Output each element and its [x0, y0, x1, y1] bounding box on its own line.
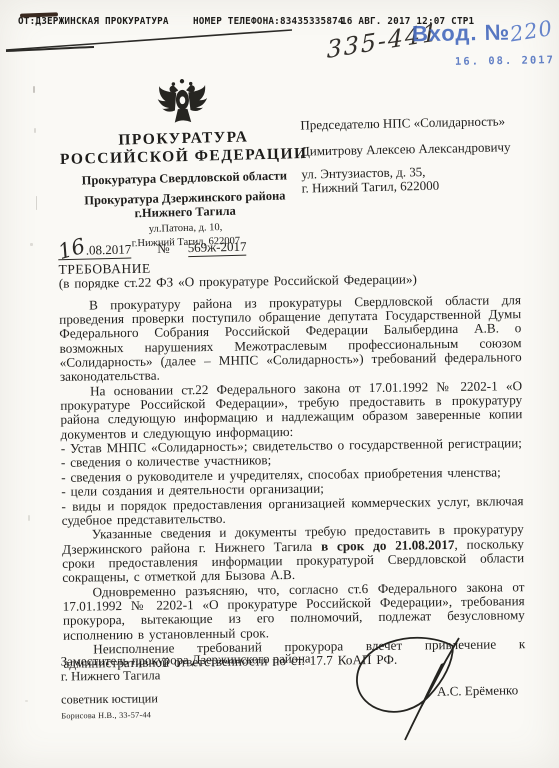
paragraph-4: Одновременно разъясняю, что, согласно ст… — [62, 580, 525, 643]
fax-sender: ОТ:ДЗЕРЖИНСКАЯ ПРОКУРАТУРА — [18, 16, 169, 27]
document-subtitle: (в порядке ст.22 ФЗ «О прокуратуре Росси… — [59, 272, 521, 292]
signer-position-line1: Заместитель прокурора Дзержинского район… — [61, 651, 311, 669]
incoming-stamp: Вход. №220 — [412, 19, 554, 47]
executor-note: Борисова Н.В., 33-57-44 — [61, 706, 311, 724]
signer-position-line2: г. Нижнего Тагила — [61, 666, 311, 684]
double-headed-eagle-emblem-icon — [156, 77, 209, 126]
signer-name: А.С. Ерёменко — [437, 682, 518, 699]
number-sign: № — [157, 241, 170, 256]
signer-rank: советник юстиции — [61, 689, 311, 707]
addressee-city: г. Нижний Тагил, 622000 — [302, 176, 552, 195]
incoming-stamp-number: 220 — [508, 16, 554, 46]
scan-artifact — [33, 86, 35, 93]
scan-artifact — [25, 700, 28, 702]
paragraph-3: Указанные сведения и документы требую пр… — [62, 522, 525, 585]
addressee-block: Председателю НПС «Солидарность» Димитров… — [300, 113, 552, 195]
scan-artifact — [36, 196, 37, 210]
incoming-stamp-label: Вход. № — [412, 20, 511, 47]
handwritten-strike-line — [4, 24, 354, 54]
doc-date: 16.08.2017 — [58, 241, 132, 260]
scanned-document-page: ОТ:ДЗЕРЖИНСКАЯ ПРОКУРАТУРА НОМЕР ТЕЛЕФОН… — [0, 0, 559, 768]
signature-block: Заместитель прокурора Дзержинского район… — [61, 651, 312, 723]
letterhead: ПРОКУРАТУРА РОССИЙСКОЙ ФЕДЕРАЦИИ Прокура… — [53, 75, 315, 252]
paragraph-1: В прокуратуру района из прокуратуры Свер… — [59, 293, 522, 385]
doc-number: 569ж-2017 — [188, 239, 247, 257]
fax-phone-number: НОМЕР ТЕЛЕФОНА:83435335874 — [193, 16, 344, 27]
addressee-name: Димитрову Алексею Александровичу — [301, 139, 551, 158]
paragraph-2: На основании ст.22 Федерального закона о… — [60, 379, 523, 442]
handwritten-day: 16 — [56, 234, 88, 264]
document-body: ТРЕБОВАНИЕ (в порядке ст.22 ФЗ «О прокур… — [59, 257, 526, 671]
addressee-position: Председателю НПС «Солидарность» — [300, 113, 550, 132]
incoming-stamp-date: 16. 08. 2017 — [455, 54, 555, 68]
doc-date-printed: .08.2017 — [86, 241, 132, 257]
org-region: Прокуратура Свердловской области — [55, 168, 313, 189]
scan-artifact — [30, 243, 33, 246]
scan-artifact — [34, 128, 36, 133]
scan-artifact — [28, 515, 30, 521]
date-number-line: 16.08.2017№569ж-2017 — [58, 230, 327, 261]
